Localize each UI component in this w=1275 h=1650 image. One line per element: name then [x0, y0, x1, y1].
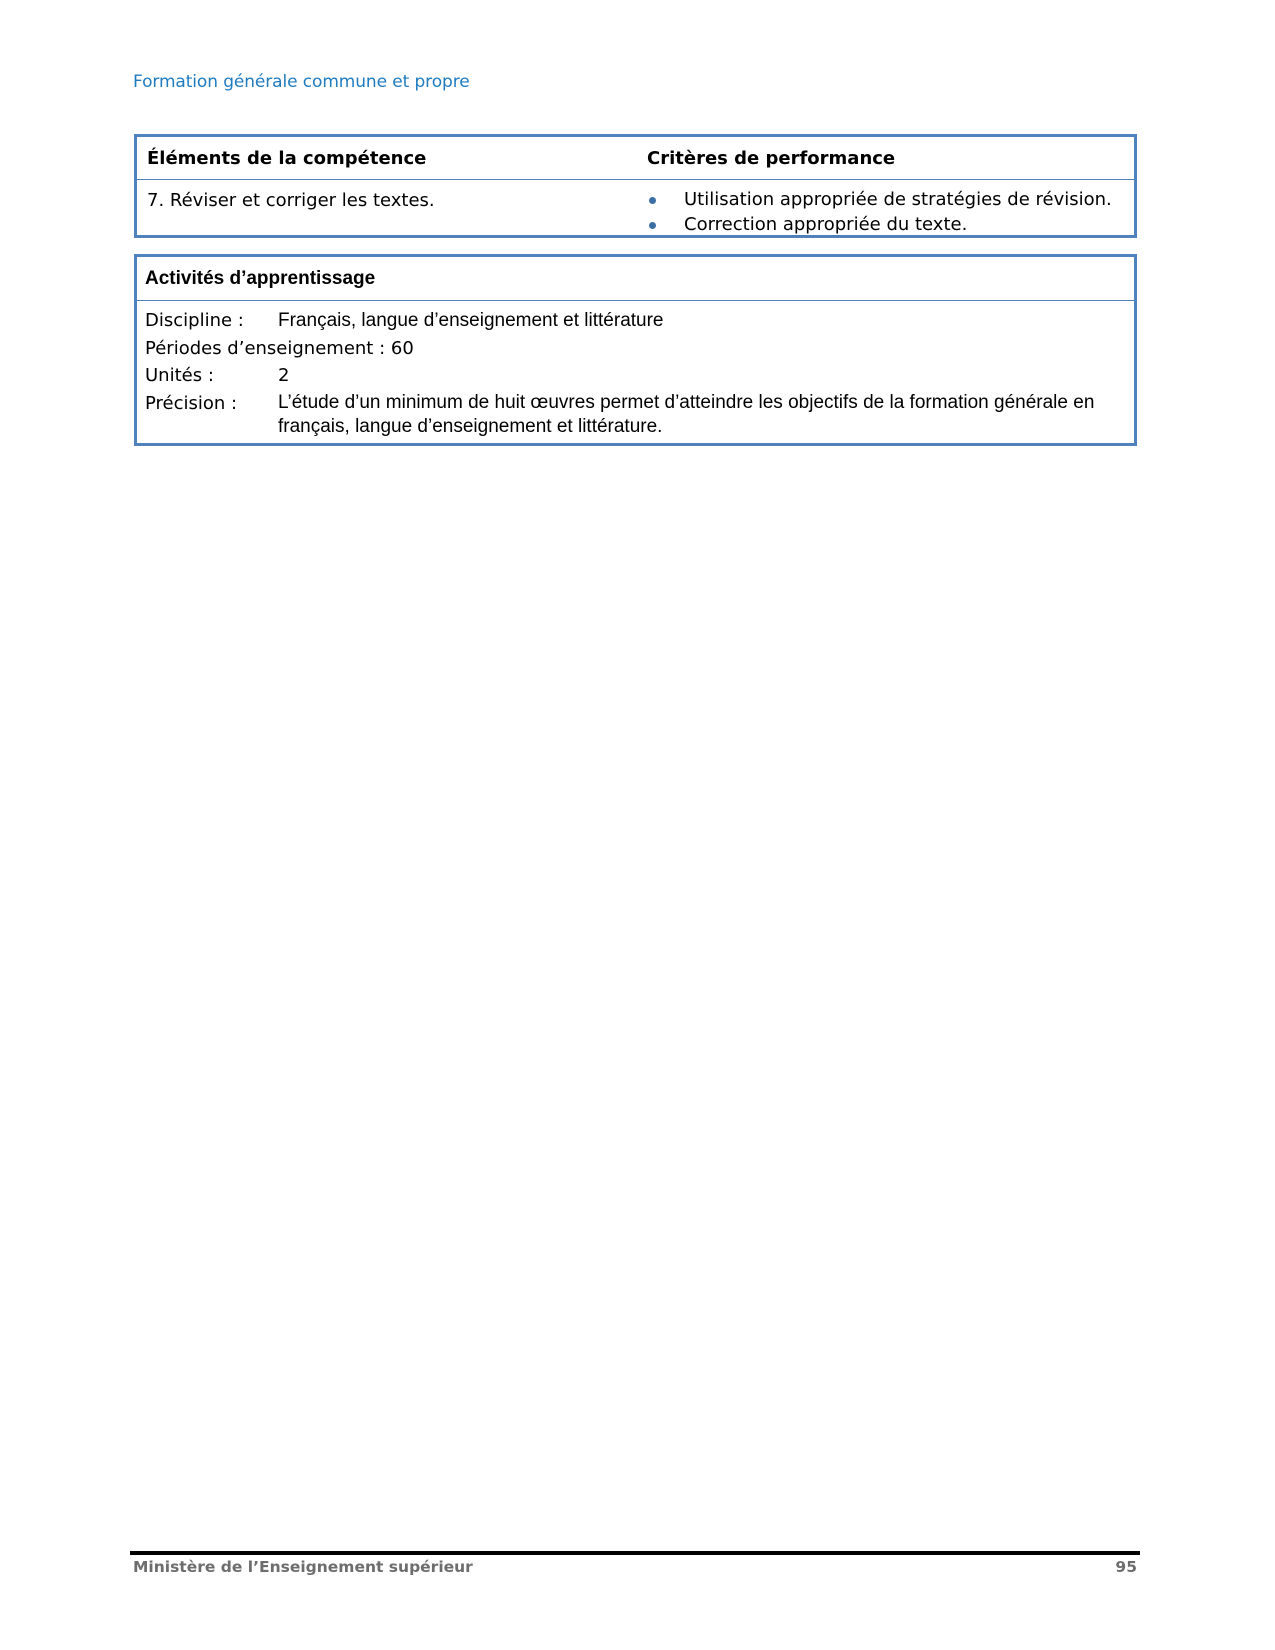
bullet-icon [649, 197, 656, 204]
column-header-criteres: Critères de performance [647, 148, 895, 169]
unites-label: Unités : [145, 363, 214, 389]
performance-criteria: Utilisation appropriée de stratégies de … [647, 187, 1112, 237]
bullet-icon [649, 222, 656, 229]
activites-table: Activités d’apprentissage Discipline : F… [134, 254, 1137, 446]
page-number: 95 [1115, 1558, 1137, 1576]
competence-table: Éléments de la compétence Critères de pe… [134, 134, 1137, 238]
precision-row: Précision : L’étude d’un minimum de huit… [145, 391, 1126, 419]
discipline-value: Français, langue d’enseignement et litté… [278, 308, 664, 334]
footer-divider [130, 1551, 1140, 1555]
criterion-item: Utilisation appropriée de stratégies de … [647, 187, 1112, 212]
unites-row: Unités : 2 [145, 363, 1126, 391]
discipline-row: Discipline : Français, langue d’enseigne… [145, 308, 1126, 336]
competence-table-header: Éléments de la compétence Critères de pe… [137, 137, 1134, 180]
criterion-item: Correction appropriée du texte. [647, 212, 1112, 237]
activites-title: Activités d’apprentissage [145, 268, 375, 290]
periodes-label: Périodes d’enseignement : 60 [145, 336, 414, 362]
discipline-label: Discipline : [145, 308, 244, 334]
column-header-elements: Éléments de la compétence [147, 148, 426, 169]
precision-label: Précision : [145, 391, 237, 417]
activites-details: Discipline : Français, langue d’enseigne… [145, 308, 1126, 418]
activites-table-header: Activités d’apprentissage [137, 257, 1134, 301]
unites-value: 2 [278, 363, 289, 389]
footer-publisher: Ministère de l’Enseignement supérieur [133, 1558, 473, 1576]
running-header-title: Formation générale commune et propre [133, 72, 470, 92]
periodes-row: Périodes d’enseignement : 60 [145, 336, 1126, 364]
precision-value: L’étude d’un minimum de huit œuvres perm… [278, 391, 1126, 439]
competence-element: 7. Réviser et corriger les textes. [147, 190, 435, 211]
